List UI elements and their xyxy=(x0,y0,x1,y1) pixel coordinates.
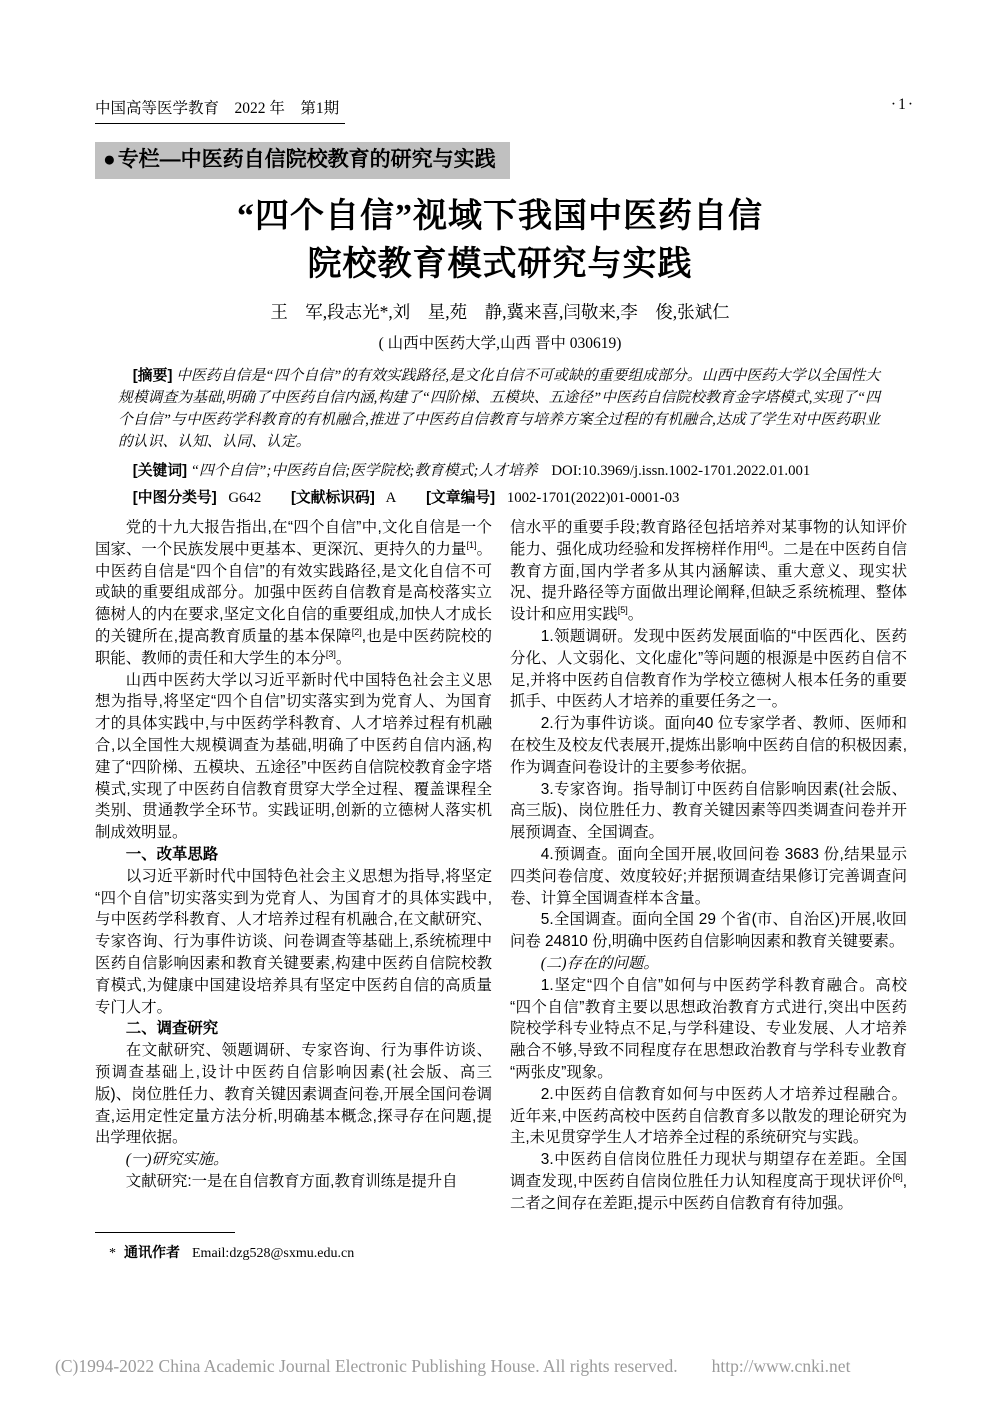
column-banner: ●专栏—中医药自信院校教育的研究与实践 xyxy=(95,142,510,179)
citation-ref: [4] xyxy=(758,540,768,550)
bullet-icon: ● xyxy=(103,148,116,171)
copyright-footer: (C)1994-2022 China Academic Journal Elec… xyxy=(55,1356,960,1377)
citation-ref: [5] xyxy=(618,605,628,615)
citation-ref: [2] xyxy=(352,627,362,637)
copyright-text: (C)1994-2022 China Academic Journal Elec… xyxy=(55,1356,678,1377)
authors-line: 王 军,段志光*,刘 星,苑 静,冀来喜,闫敬来,李 俊,张斌仁 xyxy=(0,299,1000,324)
doc-code-value: A xyxy=(386,490,397,506)
section-heading: 二、调查研究 xyxy=(95,1018,492,1040)
article-title: “四个自信”视域下我国中医药自信 院校教育模式研究与实践 xyxy=(0,193,1000,288)
paragraph: 3.中医药自信岗位胜任力现状与期望存在差距。全国调查发现,中医药自信岗位胜任力认… xyxy=(510,1149,907,1214)
section-heading: 一、改革思路 xyxy=(95,844,492,866)
paragraph: 在文献研究、领题调研、专家咨询、行为事件访谈、预调查基础上,设计中医药自信影响因… xyxy=(95,1040,492,1149)
journal-page: 中国高等医学教育 2022 年 第1期 ·1· ●专栏—中医药自信院校教育的研究… xyxy=(0,0,1000,1414)
article-no-label: [文章编号] xyxy=(426,490,495,506)
abstract-label: [摘要] xyxy=(133,368,173,384)
citation-ref: [6] xyxy=(893,1172,903,1182)
body-columns: 党的十九大报告指出,在“四个自信”中,文化自信是一个国家、一个民族发展中更基本、… xyxy=(95,517,907,1215)
page-number: ·1· xyxy=(891,96,915,114)
footnote-marker: * xyxy=(109,1246,116,1261)
subsection-heading: (一)研究实施。 xyxy=(95,1149,492,1171)
paragraph: 党的十九大报告指出,在“四个自信”中,文化自信是一个国家、一个民族发展中更基本、… xyxy=(95,517,492,670)
paragraph: 1.坚定“四个自信”如何与中医药学科教育融合。高校“四个自信”教育主要以思想政治… xyxy=(510,975,907,1084)
abstract-text: 中医药自信是“四个自信”的有效实践路径,是文化自信不可或缺的重要组成部分。山西中… xyxy=(118,368,880,450)
citation-ref: [1] xyxy=(466,540,476,550)
paragraph: 文献研究:一是在自信教育方面,教育训练是提升自 xyxy=(95,1171,492,1193)
running-head: 中国高等医学教育 2022 年 第1期 ·1· xyxy=(95,96,915,124)
paragraph: 3.专家咨询。指导制订中医药自信影响因素(社会版、高三版)、岗位胜任力、教育关键… xyxy=(510,779,907,844)
paragraph: 山西中医药大学以习近平新时代中国特色社会主义思想为指导,将坚定“四个自信”切实落… xyxy=(95,670,492,844)
footnote-rule xyxy=(95,1232,235,1233)
paragraph: 信水平的重要手段;教育路径包括培养对某事物的认知评价能力、强化成功经验和发挥榜样… xyxy=(510,517,907,626)
article-title-line2: 院校教育模式研究与实践 xyxy=(0,241,1000,289)
paragraph: 以习近平新时代中国特色社会主义思想为指导,将坚定“四个自信”切实落实到为党育人、… xyxy=(95,866,492,1019)
subsection-heading: (二)存在的问题。 xyxy=(510,953,907,975)
keywords-line: [关键词] “四个自信”;中医药自信;医学院校;教育模式;人才培养 DOI:10… xyxy=(118,459,880,480)
column-left: 党的十九大报告指出,在“四个自信”中,文化自信是一个国家、一个民族发展中更基本、… xyxy=(95,517,492,1215)
classification-line: [中图分类号] G642 [文献标识码] A [文章编号] 1002-1701(… xyxy=(118,486,880,507)
column-right: 信水平的重要手段;教育路径包括培养对某事物的认知评价能力、强化成功经验和发挥榜样… xyxy=(510,517,907,1215)
footnote-email: Email:dzg528@sxmu.edu.cn xyxy=(192,1246,354,1261)
paragraph: 4.预调查。面向全国开展,收回问卷 3683 份,结果显示四类问卷信度、效度较好… xyxy=(510,844,907,909)
paragraph: 2.中医药自信教育如何与中医药人才培养过程融合。近年来,中医药高校中医药自信教育… xyxy=(510,1084,907,1149)
cnki-url: http://www.cnki.net xyxy=(712,1356,851,1377)
article-title-line1: “四个自信”视域下我国中医药自信 xyxy=(0,193,1000,241)
article-no-value: 1002-1701(2022)01-0001-03 xyxy=(507,490,680,506)
paragraph: 5.全国调查。面向全国 29 个省(市、自治区)开展,收回问卷 24810 份,… xyxy=(510,909,907,953)
clc-label: [中图分类号] xyxy=(133,490,217,506)
paragraph: 2.行为事件访谈。面向40 位专家学者、教师、医师和在校生及校友代表展开,提炼出… xyxy=(510,713,907,778)
footnote-block: *通讯作者Email:dzg528@sxmu.edu.cn xyxy=(95,1232,495,1262)
keywords-text: “四个自信”;中医药自信;医学院校;教育模式;人才培养 xyxy=(191,463,538,479)
abstract-block: [摘要] 中医药自信是“四个自信”的有效实践路径,是文化自信不可或缺的重要组成部… xyxy=(118,365,880,453)
journal-issue-line: 中国高等医学教育 2022 年 第1期 xyxy=(95,96,345,124)
keywords-label: [关键词] xyxy=(133,463,187,479)
banner-label: 专栏—中医药自信院校教育的研究与实践 xyxy=(118,148,496,171)
paragraph: 1.领题调研。发现中医药发展面临的“中医西化、医药分化、人文弱化、文化虚化”等问… xyxy=(510,626,907,713)
footnote-author-label: 通讯作者 xyxy=(124,1244,180,1260)
doi-text: DOI:10.3969/j.issn.1002-1701.2022.01.001 xyxy=(551,463,810,479)
affiliation-line: ( 山西中医药大学,山西 晋中 030619) xyxy=(0,331,1000,353)
doc-code-label: [文献标识码] xyxy=(291,490,375,506)
clc-value: G642 xyxy=(228,490,261,506)
citation-ref: [3] xyxy=(326,649,336,659)
